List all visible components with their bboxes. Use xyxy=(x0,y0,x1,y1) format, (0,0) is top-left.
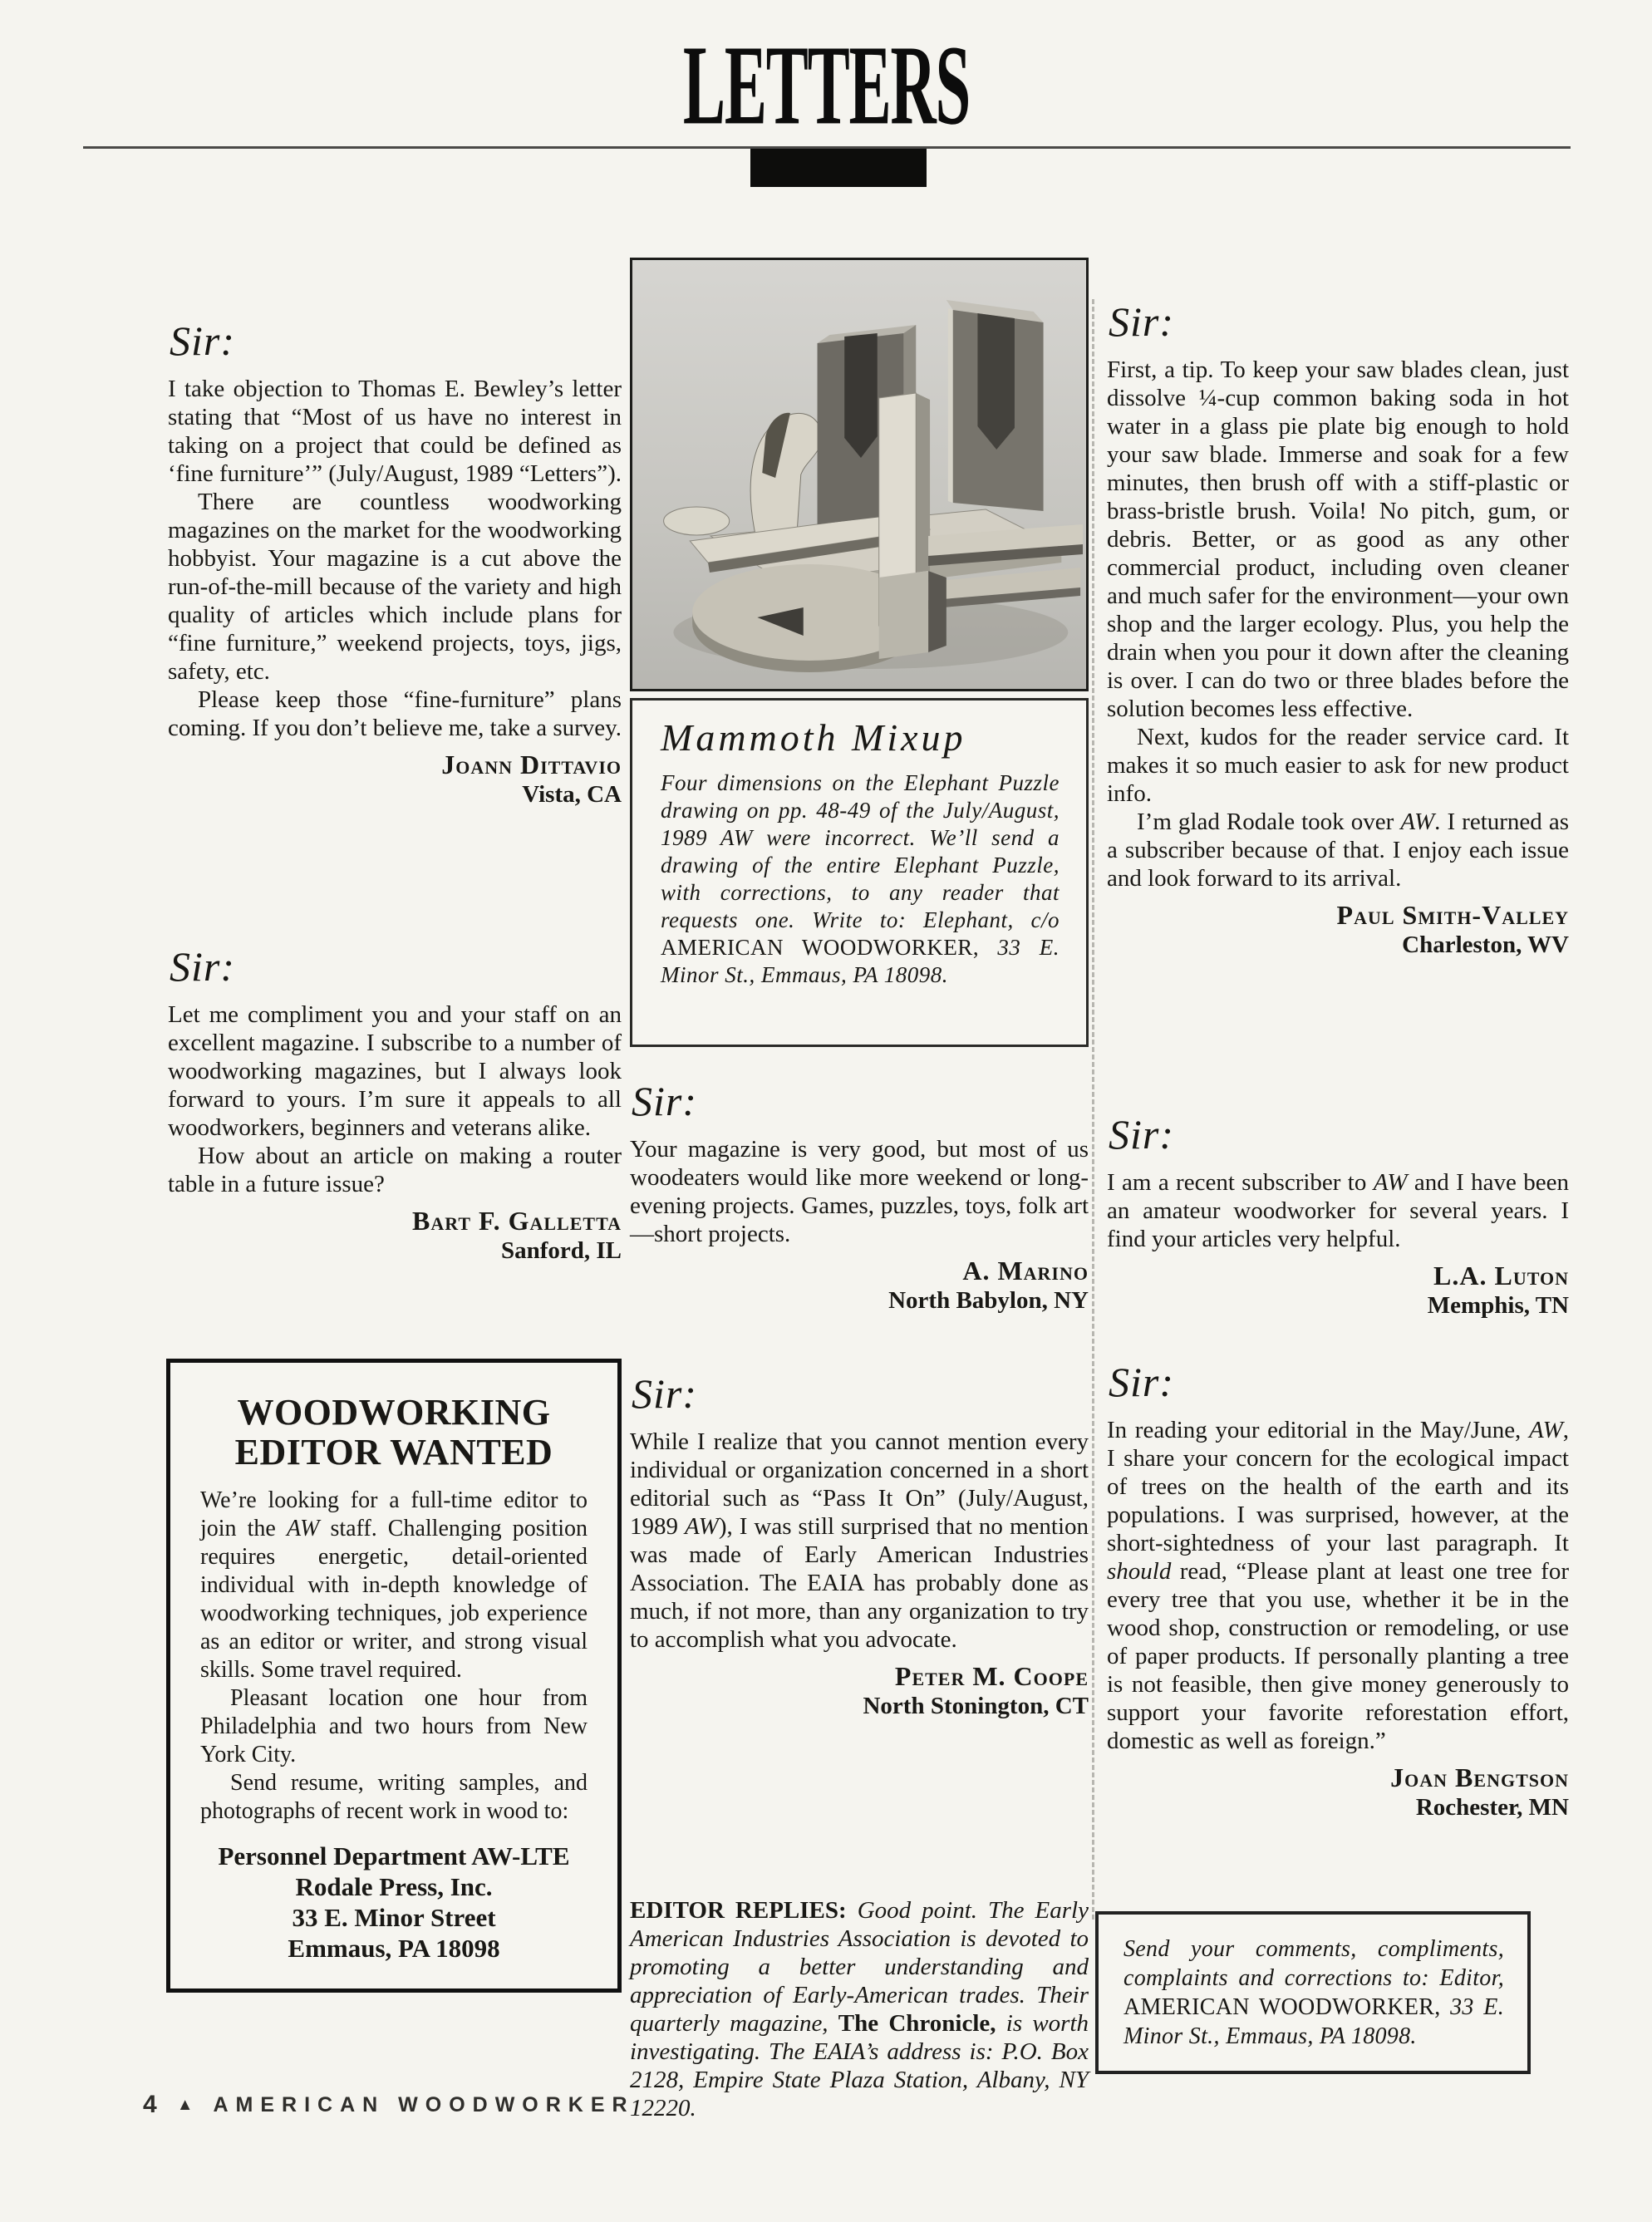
editor-wanted-paragraph: We’re looking for a full-time editor to … xyxy=(200,1487,588,1684)
letter-signature: Paul Smith-ValleyCharleston, WV xyxy=(1107,901,1569,959)
puzzle-photo-illustration xyxy=(632,260,1086,689)
letter-paragraph: Please keep those “fine-furniture” plans… xyxy=(168,686,622,742)
editor-wanted-title-line1: WOODWORKING xyxy=(200,1393,588,1433)
letter-slot: Sir:Let me compliment you and your staff… xyxy=(168,946,622,1265)
signature-location: Charleston, WV xyxy=(1107,932,1569,959)
editor-wanted-paragraph: Send resume, writing samples, and photog… xyxy=(200,1769,588,1826)
letter-paragraph: I take objection to Thomas E. Bewley’s l… xyxy=(168,375,622,488)
signature-name: Joan Bengtson xyxy=(1107,1763,1569,1792)
text-segment: read, “Please plant at least one tree fo… xyxy=(1107,1558,1569,1754)
letter-signature: A. MarinoNorth Babylon, NY xyxy=(630,1256,1089,1315)
letter-signature: Joann DittavioVista, CA xyxy=(168,750,622,809)
address-line: 33 E. Minor Street xyxy=(200,1902,588,1933)
signature-location: North Stonington, CT xyxy=(630,1694,1089,1720)
page-footer: 4 ▲ AMERICAN WOODWORKER xyxy=(143,2091,635,2119)
letter-signature: Joan BengtsonRochester, MN xyxy=(1107,1763,1569,1821)
letter-paragraph: Let me compliment you and your staff on … xyxy=(168,1000,622,1142)
signature-name: Paul Smith-Valley xyxy=(1107,901,1569,930)
letter-salutation: Sir: xyxy=(632,1373,1089,1414)
signature-name: Peter M. Coope xyxy=(630,1662,1089,1691)
editor-reply: EDITOR REPLIES: Good point. The Early Am… xyxy=(630,1896,1089,2122)
letter-salutation: Sir: xyxy=(632,1080,1089,1122)
letter-salutation: Sir: xyxy=(1109,1361,1569,1403)
text-segment: I’m glad Rodale took over xyxy=(1137,809,1400,835)
signature-location: Vista, CA xyxy=(168,782,622,809)
editor-wanted-address: Personnel Department AW-LTE Rodale Press… xyxy=(200,1841,588,1964)
u-block-right xyxy=(946,300,1044,511)
signature-name: L.A. Luton xyxy=(1107,1261,1569,1290)
text-segment: How about an article on making a router … xyxy=(168,1143,622,1197)
signature-location: North Babylon, NY xyxy=(630,1288,1089,1315)
text-segment: There are countless woodworking magazine… xyxy=(168,489,622,685)
signature-location: Rochester, MN xyxy=(1107,1795,1569,1821)
letter-paragraph: Next, kudos for the reader service card.… xyxy=(1107,723,1569,808)
letter-slot: Sir:I am a recent subscriber to AW and I… xyxy=(1107,1113,1569,1320)
letter-paragraph: I’m glad Rodale took over AW. I returned… xyxy=(1107,808,1569,892)
front-block xyxy=(879,571,946,659)
text-segment: Let me compliment you and your staff on … xyxy=(168,1001,622,1141)
mammoth-mixup-text: Four dimensions on the Elephant Puzzle d… xyxy=(661,769,1060,989)
text-segment: Pleasant location one hour from Philadel… xyxy=(200,1685,588,1767)
puzzle-photo xyxy=(630,258,1089,691)
masthead: LETTERS xyxy=(0,28,1652,138)
send-comments-box: Send your comments, compliments, complai… xyxy=(1095,1911,1531,2074)
text-segment: Next, kudos for the reader service card.… xyxy=(1107,724,1569,807)
editor-wanted-title-line2: EDITOR WANTED xyxy=(200,1433,588,1472)
signature-name: Joann Dittavio xyxy=(168,750,622,779)
text-segment: AMERICAN WOODWORKER, xyxy=(1123,1994,1441,2020)
letter-slot: Sir:In reading your editorial in the May… xyxy=(1107,1361,1569,1821)
page-number: 4 xyxy=(143,2091,157,2119)
text-segment: AW xyxy=(1400,809,1434,835)
letter-salutation: Sir: xyxy=(170,946,622,987)
letter-salutation: Sir: xyxy=(1109,1113,1569,1155)
text-segment: In reading your editorial in the May/Jun… xyxy=(1107,1417,1529,1443)
send-comments-text: Send your comments, compliments, complai… xyxy=(1123,1934,1504,2051)
text-segment: The Chronicle, xyxy=(838,2010,996,2037)
letter-paragraph: There are countless woodworking magazine… xyxy=(168,488,622,686)
page-title: LETTERS xyxy=(682,28,969,142)
magazine-letters-page: LETTERS Sir:I take objection to Thomas E… xyxy=(0,0,1652,2222)
text-segment: EDITOR REPLIES: xyxy=(630,1897,858,1924)
letter-paragraph: While I realize that you cannot mention … xyxy=(630,1428,1089,1654)
mammoth-mixup-box: Mammoth Mixup Four dimensions on the Ele… xyxy=(630,698,1089,1047)
magazine-name: AMERICAN WOODWORKER xyxy=(213,2093,634,2117)
text-segment: AMERICAN WOODWORKER, xyxy=(661,935,979,960)
text-segment: I am a recent subscriber to xyxy=(1107,1169,1374,1196)
address-line: Personnel Department AW-LTE xyxy=(200,1841,588,1871)
editor-wanted-paragraph: Pleasant location one hour from Philadel… xyxy=(200,1684,588,1769)
text-segment: should xyxy=(1107,1558,1171,1585)
editor-reply-text: EDITOR REPLIES: Good point. The Early Am… xyxy=(630,1896,1089,2122)
letter-slot: Sir:While I realize that you cannot ment… xyxy=(630,1373,1089,1720)
text-segment: Your magazine is very good, but most of … xyxy=(630,1136,1089,1247)
editor-wanted-box: WOODWORKING EDITOR WANTED We’re looking … xyxy=(166,1359,622,1993)
letter-slot: Sir:First, a tip. To keep your saw blade… xyxy=(1107,301,1569,959)
triangle-icon: ▲ xyxy=(177,2097,194,2113)
mammoth-mixup-title: Mammoth Mixup xyxy=(661,717,1060,760)
column-separator xyxy=(1092,299,1094,1920)
letter-paragraph: I am a recent subscriber to AW and I hav… xyxy=(1107,1168,1569,1253)
text-segment: Send resume, writing samples, and photog… xyxy=(200,1770,588,1824)
letter-paragraph: In reading your editorial in the May/Jun… xyxy=(1107,1416,1569,1755)
signature-location: Memphis, TN xyxy=(1107,1293,1569,1320)
signature-name: A. Marino xyxy=(630,1256,1089,1286)
signature-name: Bart F. Galletta xyxy=(168,1207,622,1236)
letter-paragraph: First, a tip. To keep your saw blades cl… xyxy=(1107,356,1569,723)
letter-signature: Bart F. GallettaSanford, IL xyxy=(168,1207,622,1265)
letter-slot: Sir:Your magazine is very good, but most… xyxy=(630,1080,1089,1315)
letter-slot: Sir:I take objection to Thomas E. Bewley… xyxy=(168,320,622,809)
address-line: Emmaus, PA 18098 xyxy=(200,1933,588,1964)
editor-wanted-body: We’re looking for a full-time editor to … xyxy=(200,1487,588,1826)
letter-salutation: Sir: xyxy=(170,320,622,361)
letter-salutation: Sir: xyxy=(1109,301,1569,342)
letter-paragraph: Your magazine is very good, but most of … xyxy=(630,1135,1089,1248)
address-line: Rodale Press, Inc. xyxy=(200,1871,588,1902)
text-segment: First, a tip. To keep your saw blades cl… xyxy=(1107,356,1569,722)
text-segment: AW xyxy=(1529,1417,1563,1443)
text-segment: AW xyxy=(1374,1169,1408,1196)
letter-signature: L.A. LutonMemphis, TN xyxy=(1107,1261,1569,1320)
text-segment: Send your comments, compliments, complai… xyxy=(1123,1936,1504,1991)
masthead-black-bar xyxy=(750,149,927,187)
text-segment: I take objection to Thomas E. Bewley’s l… xyxy=(168,376,622,487)
text-segment: AW xyxy=(685,1513,719,1540)
text-segment: Four dimensions on the Elephant Puzzle d… xyxy=(661,770,1060,932)
text-segment: Please keep those “fine-furniture” plans… xyxy=(168,686,622,741)
letter-paragraph: How about an article on making a router … xyxy=(168,1142,622,1198)
text-segment: AW xyxy=(287,1516,319,1541)
signature-location: Sanford, IL xyxy=(168,1238,622,1265)
letter-signature: Peter M. CoopeNorth Stonington, CT xyxy=(630,1662,1089,1720)
